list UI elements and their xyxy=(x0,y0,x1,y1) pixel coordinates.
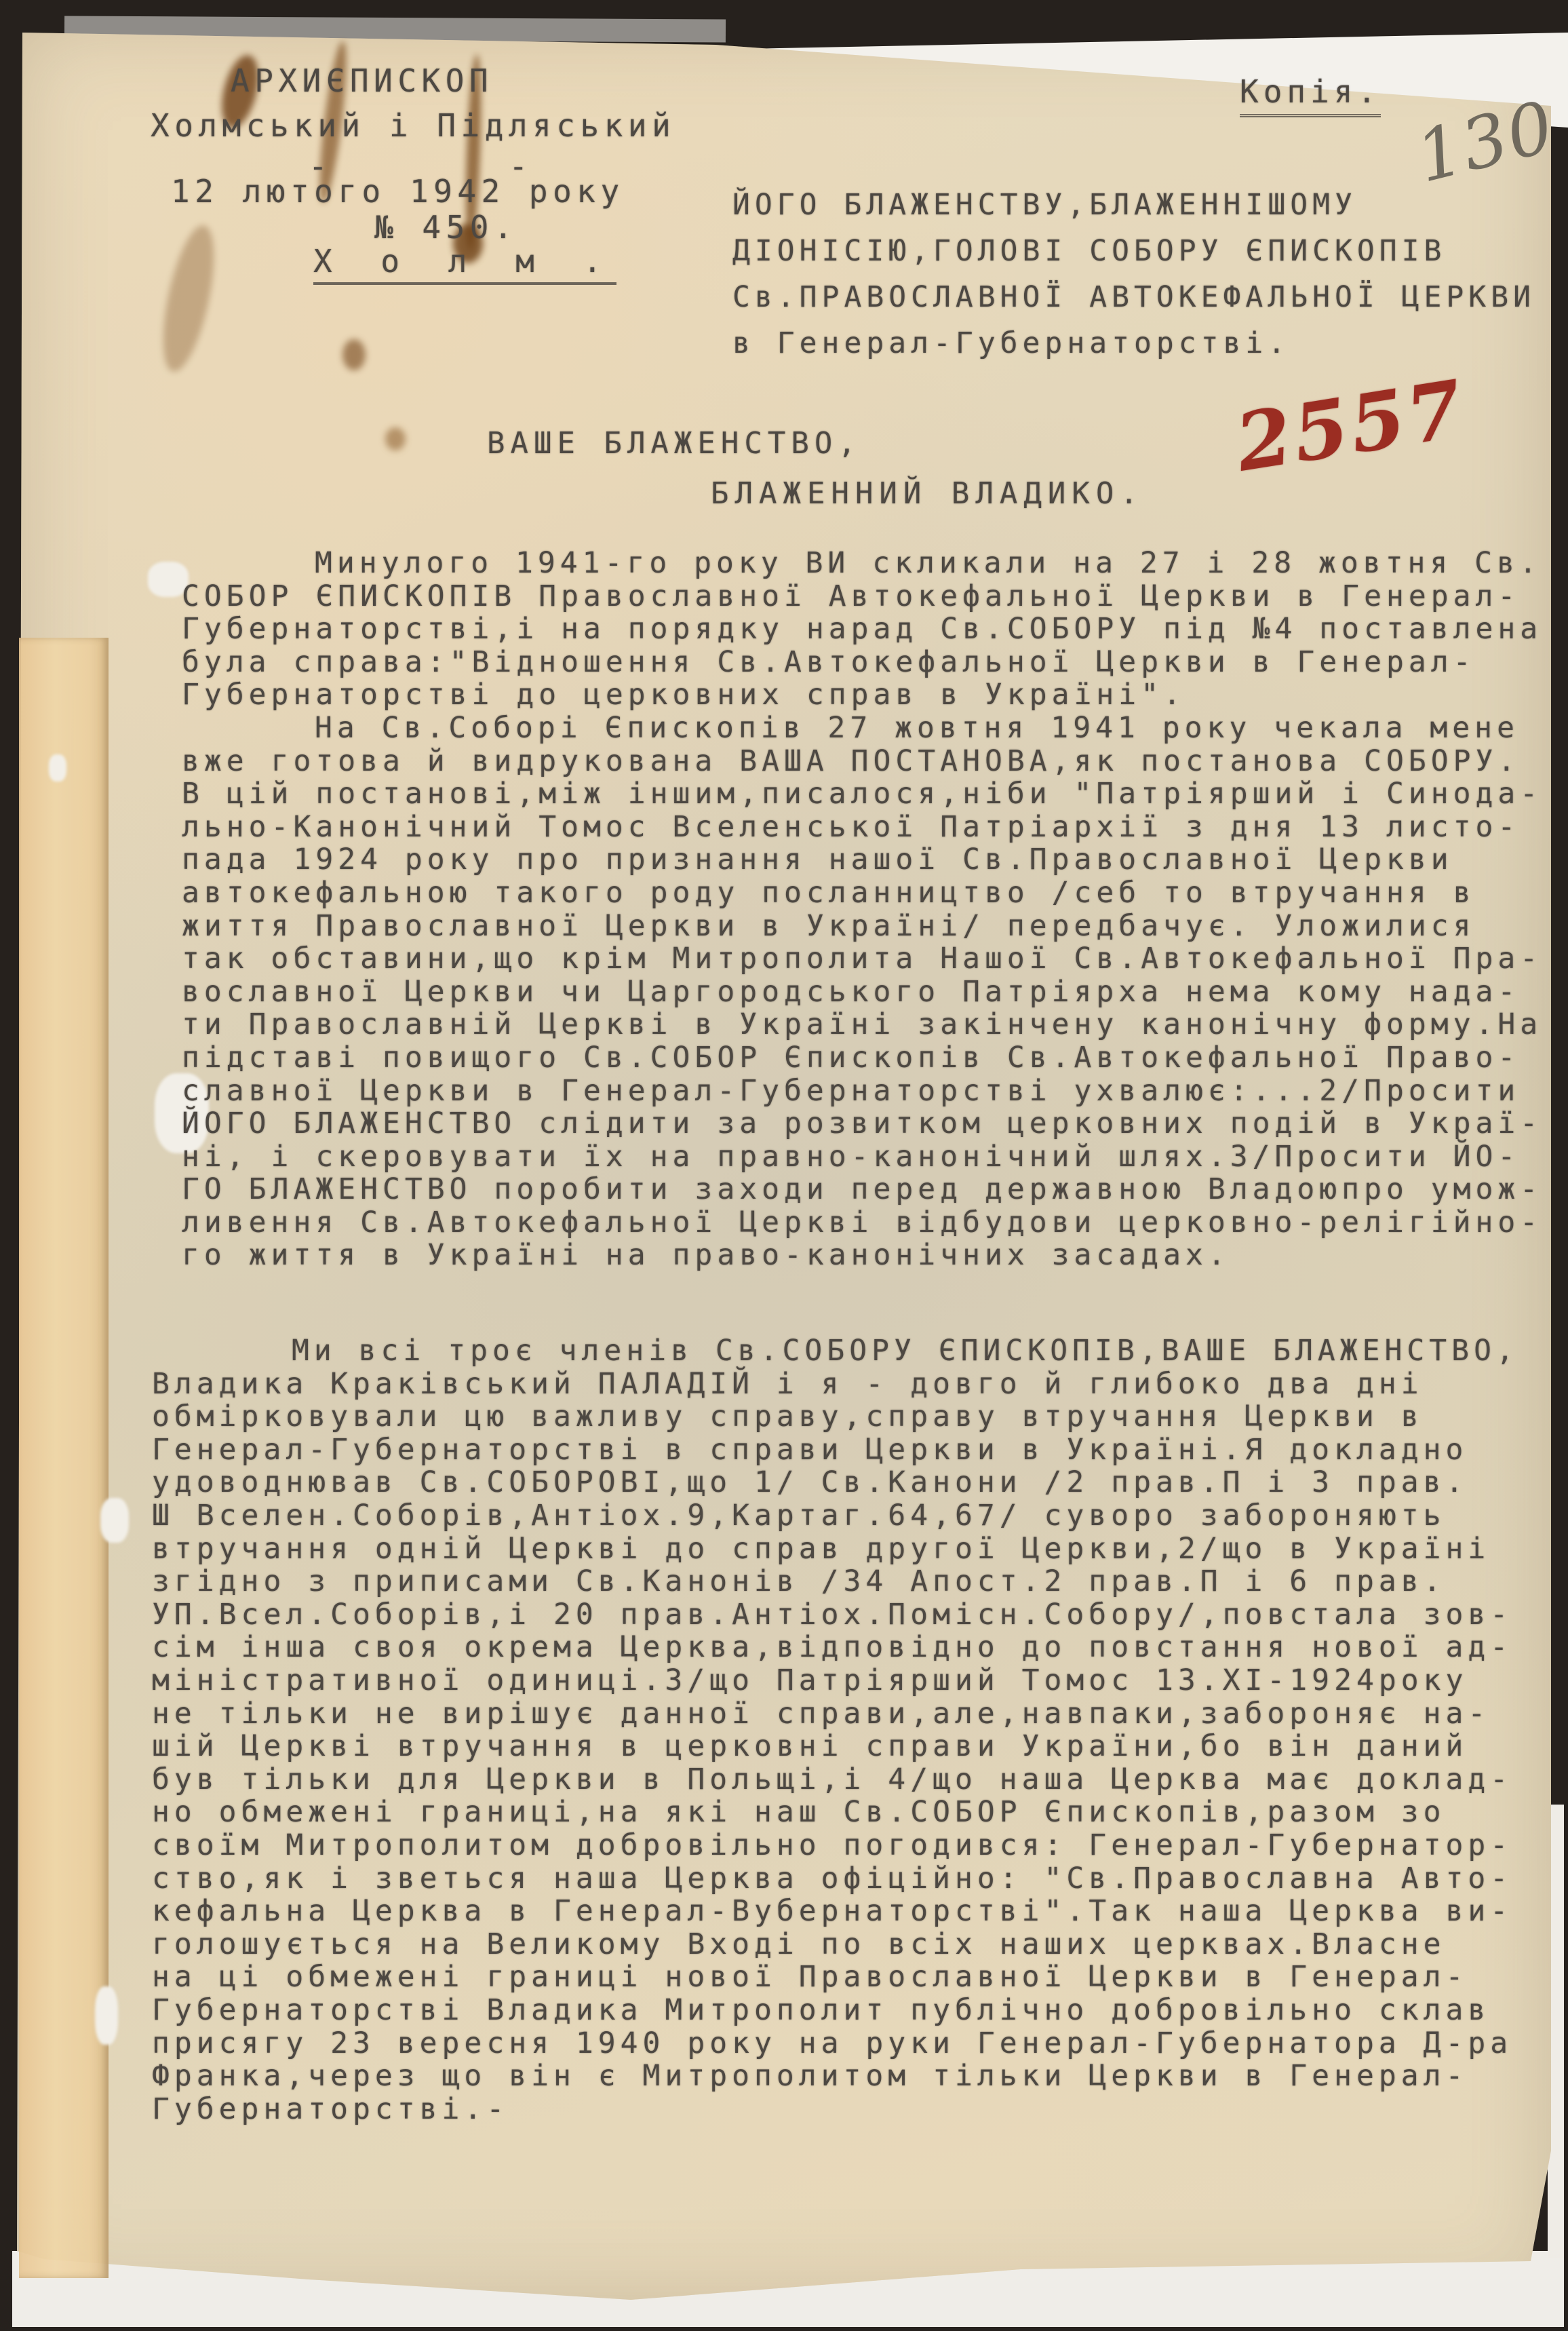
tape-strip xyxy=(19,638,109,2278)
paper-tear xyxy=(95,1986,118,2045)
salutation-line-1: ВАШЕ БЛАЖЕНСТВО, xyxy=(487,426,861,461)
rust-stain xyxy=(342,339,366,370)
paper-tear xyxy=(49,754,66,782)
copy-label: Копія. xyxy=(1240,73,1381,117)
paper-tear xyxy=(100,1498,129,1543)
letterhead-place: Х о л м . xyxy=(313,243,616,285)
rust-stain xyxy=(385,427,406,450)
letterhead-number: № 450. xyxy=(374,209,517,246)
recipient-block: ЙОГО БЛАЖЕНСТВУ,БЛАЖЕННІШОМУ ДІОНІСІЮ,ГО… xyxy=(732,182,1535,366)
letterhead-subtitle: Холмський і Підляський xyxy=(151,107,675,144)
scanned-document-canvas: АРХИЄПИСКОП Холмський і Підляський - - 1… xyxy=(0,0,1568,2331)
body-paragraph: На Св.Соборі Єпископів 27 жовтня 1941 ро… xyxy=(182,712,1565,1272)
salutation-line-2: БЛАЖЕННИЙ ВЛАДИКО. xyxy=(711,476,1144,511)
letterhead-date: 12 лютого 1942 року xyxy=(171,173,625,210)
body-paragraph: Ми всі троє членів Св.СОБОРУ ЄПИСКОПІВ,В… xyxy=(152,1334,1565,2125)
letterhead-title: АРХИЄПИСКОП xyxy=(231,62,493,99)
letter-body: Минулого 1941-го року ВИ скликали на 27 … xyxy=(182,547,1565,2125)
body-paragraph: Минулого 1941-го року ВИ скликали на 27 … xyxy=(182,547,1565,712)
